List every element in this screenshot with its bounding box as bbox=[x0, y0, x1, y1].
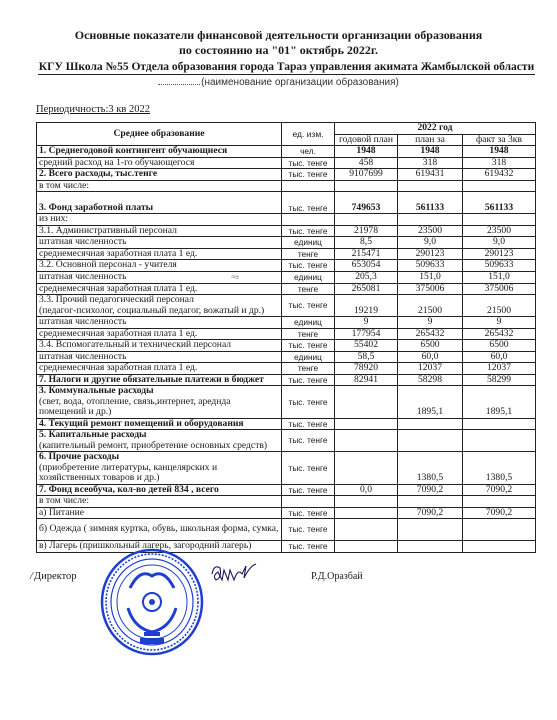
plan-for-value bbox=[398, 418, 463, 430]
header-label: Среднее образование bbox=[37, 123, 282, 146]
row-unit: тенге bbox=[282, 283, 335, 295]
row-unit: тыс. тенге bbox=[282, 541, 335, 553]
row-unit: тыс. тенге bbox=[282, 295, 335, 317]
fact-q3-value: 21500 bbox=[463, 295, 536, 317]
row-unit: чел. bbox=[282, 146, 335, 158]
plan-for-value: 6500 bbox=[398, 340, 463, 352]
fact-q3-value: 561133 bbox=[463, 192, 536, 214]
table-row: 6. Прочие расходы(приобретение литератур… bbox=[37, 452, 536, 485]
header-annual-plan: годовой план bbox=[335, 134, 398, 146]
periodicity: Периодичность:3 кв 2022 bbox=[36, 104, 150, 115]
plan-for-value: 290123 bbox=[398, 248, 463, 260]
row-unit: единиц bbox=[282, 271, 335, 283]
row-label: 4. Текущий ремонт помещений и оборудован… bbox=[37, 418, 282, 430]
plan-for-value: 509633 bbox=[398, 260, 463, 272]
annual-plan-value: 1948 bbox=[335, 146, 398, 158]
row-unit: тыс. тенге bbox=[282, 225, 335, 237]
row-unit: тыс. тенге bbox=[282, 340, 335, 352]
fact-q3-value bbox=[463, 541, 536, 553]
annual-plan-value: 749653 bbox=[335, 192, 398, 214]
table-row: 3.1. Административный персоналтыс. тенге… bbox=[37, 225, 536, 237]
plan-for-value: 9 bbox=[398, 317, 463, 329]
fact-q3-value: 6500 bbox=[463, 340, 536, 352]
plan-for-value: 58298 bbox=[398, 374, 463, 386]
organization-caption-text: (наименование организации образования) bbox=[201, 77, 399, 88]
fact-q3-value: 7090,2 bbox=[463, 484, 536, 496]
plan-for-value: 561133 bbox=[398, 192, 463, 214]
fact-q3-value: 23500 bbox=[463, 225, 536, 237]
row-label: 6. Прочие расходы(приобретение литератур… bbox=[37, 452, 282, 485]
document-title: Основные показатели финансовой деятельно… bbox=[0, 28, 557, 43]
fact-q3-value bbox=[463, 519, 536, 541]
table-row: штатная численностьединиц8,59,09,0 bbox=[37, 237, 536, 249]
annual-plan-value: 19219 bbox=[335, 295, 398, 317]
row-label: 3.3. Прочий педагогический персонал(педа… bbox=[37, 295, 282, 317]
annual-plan-value bbox=[335, 519, 398, 541]
row-label: штатная численность bbox=[37, 317, 282, 329]
table-row: 2. Всего расходы, тыс.тенгетыс. тенге910… bbox=[37, 169, 536, 181]
fact-q3-value: 1380,5 bbox=[463, 452, 536, 485]
row-unit: тыс. тенге bbox=[282, 374, 335, 386]
annual-plan-value bbox=[335, 386, 398, 419]
plan-for-value: 318 bbox=[398, 157, 463, 169]
row-label: штатная численность≈± bbox=[37, 271, 282, 283]
annual-plan-value: 265081 bbox=[335, 283, 398, 295]
header-year: 2022 год bbox=[335, 123, 536, 135]
row-label: 3.2. Основной персонал - учителя bbox=[37, 260, 282, 272]
table-row: штатная численностьединиц999 bbox=[37, 317, 536, 329]
annual-plan-value: 9 bbox=[335, 317, 398, 329]
signature-icon bbox=[208, 560, 260, 586]
row-label: в том числе: bbox=[37, 496, 282, 508]
row-label: 7. Налоги и другие обязательные платежи … bbox=[37, 374, 282, 386]
row-unit: тыс. тенге bbox=[282, 418, 335, 430]
plan-for-value: 1895,1 bbox=[398, 386, 463, 419]
annual-plan-value: 21978 bbox=[335, 225, 398, 237]
fact-q3-value bbox=[463, 496, 536, 508]
annual-plan-value bbox=[335, 180, 398, 192]
annual-plan-value: 205,3 bbox=[335, 271, 398, 283]
document-date: по состоянию на "01" октябрь 2022г. bbox=[0, 43, 557, 58]
fact-q3-value: 375006 bbox=[463, 283, 536, 295]
row-unit bbox=[282, 214, 335, 226]
slash-mark: / bbox=[30, 571, 33, 582]
plan-for-value: 7090,2 bbox=[398, 507, 463, 519]
table-row: среднемесячная заработная плата 1 ед.тен… bbox=[37, 248, 536, 260]
row-label: 5. Капитальные расходы(капительный ремон… bbox=[37, 430, 282, 452]
annual-plan-value: 0,0 bbox=[335, 484, 398, 496]
fact-q3-value: 318 bbox=[463, 157, 536, 169]
row-label: 2. Всего расходы, тыс.тенге bbox=[37, 169, 282, 181]
fact-q3-value bbox=[463, 418, 536, 430]
table-row: 4. Текущий ремонт помещений и оборудован… bbox=[37, 418, 536, 430]
row-label: 3. Коммунальные расходы(свет, вода, отоп… bbox=[37, 386, 282, 419]
annual-plan-value: 215471 bbox=[335, 248, 398, 260]
plan-for-value bbox=[398, 496, 463, 508]
row-unit: тыс. тенге bbox=[282, 507, 335, 519]
header-plan-for: план за bbox=[398, 134, 463, 146]
organization-name: КГУ Школа №55 Отдела образования города … bbox=[38, 61, 535, 75]
fact-q3-value bbox=[463, 430, 536, 452]
fact-q3-value: 290123 bbox=[463, 248, 536, 260]
annual-plan-value: 8,5 bbox=[335, 237, 398, 249]
header-fact-q3: факт за 3кв bbox=[463, 134, 536, 146]
director-name: Р.Д.Оразбай bbox=[311, 571, 363, 582]
table-row: б) Одежда ( зимняя куртка, обувь, школьн… bbox=[37, 519, 536, 541]
table-row: 3.2. Основной персонал - учителятыс. тен… bbox=[37, 260, 536, 272]
table-row: а) Питаниетыс. тенге7090,27090,2 bbox=[37, 507, 536, 519]
table-row: 5. Капитальные расходы(капительный ремон… bbox=[37, 430, 536, 452]
table-row: среднемесячная заработная плата 1 ед.тен… bbox=[37, 283, 536, 295]
row-label: штатная численность bbox=[37, 237, 282, 249]
fact-q3-value: 1948 bbox=[463, 146, 536, 158]
table-row: в том числе: bbox=[37, 496, 536, 508]
annual-plan-value: 653054 bbox=[335, 260, 398, 272]
row-unit: тыс. тенге bbox=[282, 452, 335, 485]
plan-for-value: 23500 bbox=[398, 225, 463, 237]
plan-for-value: 265432 bbox=[398, 328, 463, 340]
fact-q3-value bbox=[463, 214, 536, 226]
plan-for-value: 7090,2 bbox=[398, 484, 463, 496]
fact-q3-value: 12037 bbox=[463, 363, 536, 375]
row-label: а) Питание bbox=[37, 507, 282, 519]
annual-plan-value bbox=[335, 507, 398, 519]
annual-plan-value bbox=[335, 541, 398, 553]
fact-q3-value: 619432 bbox=[463, 169, 536, 181]
fact-q3-value: 9,0 bbox=[463, 237, 536, 249]
row-unit: тыс. тенге bbox=[282, 169, 335, 181]
director-title: Директор bbox=[34, 571, 77, 582]
table-row: 3. Фонд заработной платытыс. тенге749653… bbox=[37, 192, 536, 214]
row-unit: тыс. тенге bbox=[282, 157, 335, 169]
row-unit: тыс. тенге bbox=[282, 519, 335, 541]
fact-q3-value: 151,0 bbox=[463, 271, 536, 283]
plan-for-value: 1948 bbox=[398, 146, 463, 158]
row-unit: тенге bbox=[282, 363, 335, 375]
annual-plan-value: 78920 bbox=[335, 363, 398, 375]
row-label: в том числе: bbox=[37, 180, 282, 192]
annual-plan-value bbox=[335, 496, 398, 508]
row-label: среднемесячная заработная плата 1 ед. bbox=[37, 283, 282, 295]
annual-plan-value: 58,5 bbox=[335, 351, 398, 363]
table-row: 7. Налоги и другие обязательные платежи … bbox=[37, 374, 536, 386]
row-unit: единиц bbox=[282, 351, 335, 363]
fact-q3-value: 265432 bbox=[463, 328, 536, 340]
annual-plan-value: 55402 bbox=[335, 340, 398, 352]
plan-for-value: 1380,5 bbox=[398, 452, 463, 485]
annual-plan-value bbox=[335, 214, 398, 226]
annual-plan-value: 458 bbox=[335, 157, 398, 169]
fact-q3-value: 9 bbox=[463, 317, 536, 329]
row-unit: тыс. тенге bbox=[282, 484, 335, 496]
row-label: 3.4. Вспомогательный и технический персо… bbox=[37, 340, 282, 352]
official-stamp-icon bbox=[100, 548, 204, 656]
row-label: среднемесячная заработная плата 1 ед. bbox=[37, 248, 282, 260]
plan-for-value bbox=[398, 519, 463, 541]
fact-q3-value: 58299 bbox=[463, 374, 536, 386]
table-row: из них: bbox=[37, 214, 536, 226]
director-label: /Директор bbox=[30, 571, 77, 582]
table-row: 1. Среднегодовой контингент обучающиесяч… bbox=[37, 146, 536, 158]
annual-plan-value: 82941 bbox=[335, 374, 398, 386]
row-label: б) Одежда ( зимняя куртка, обувь, школьн… bbox=[37, 519, 282, 541]
handwritten-mark: ≈± bbox=[231, 272, 239, 283]
row-unit: тыс. тенге bbox=[282, 192, 335, 214]
table-row: среднемесячная заработная плата 1 ед.тен… bbox=[37, 363, 536, 375]
row-label: среднемесячная заработная плата 1 ед. bbox=[37, 328, 282, 340]
row-unit: единиц bbox=[282, 317, 335, 329]
table-row: 3. Коммунальные расходы(свет, вода, отоп… bbox=[37, 386, 536, 419]
row-unit: тыс. тенге bbox=[282, 260, 335, 272]
annual-plan-value: 9107699 bbox=[335, 169, 398, 181]
plan-for-value: 375006 bbox=[398, 283, 463, 295]
table-row: штатная численность≈±единиц205,3151,0151… bbox=[37, 271, 536, 283]
row-unit bbox=[282, 180, 335, 192]
table-row: в том числе: bbox=[37, 180, 536, 192]
row-label: среднемесячная заработная плата 1 ед. bbox=[37, 363, 282, 375]
row-unit: тыс. тенге bbox=[282, 430, 335, 452]
plan-for-value bbox=[398, 430, 463, 452]
row-unit bbox=[282, 496, 335, 508]
row-label: средний расход на 1-го обучающегося bbox=[37, 157, 282, 169]
fact-q3-value bbox=[463, 180, 536, 192]
plan-for-value bbox=[398, 214, 463, 226]
fact-q3-value: 509633 bbox=[463, 260, 536, 272]
scribble-mark bbox=[158, 79, 200, 85]
plan-for-value bbox=[398, 541, 463, 553]
row-label: 3.1. Административный персонал bbox=[37, 225, 282, 237]
annual-plan-value: 177954 bbox=[335, 328, 398, 340]
fact-q3-value: 60,0 bbox=[463, 351, 536, 363]
row-label: 3. Фонд заработной платы bbox=[37, 192, 282, 214]
fact-q3-value: 1895,1 bbox=[463, 386, 536, 419]
fact-q3-value: 7090,2 bbox=[463, 507, 536, 519]
row-label: 7. Фонд всеобуча, кол-во детей 834 , все… bbox=[37, 484, 282, 496]
annual-plan-value bbox=[335, 418, 398, 430]
plan-for-value: 12037 bbox=[398, 363, 463, 375]
plan-for-value bbox=[398, 180, 463, 192]
row-unit: тенге bbox=[282, 328, 335, 340]
row-unit: тыс. тенге bbox=[282, 386, 335, 419]
annual-plan-value bbox=[335, 430, 398, 452]
table-row: средний расход на 1-го обучающегосятыс. … bbox=[37, 157, 536, 169]
financial-table: Среднее образование ед. изм. 2022 год го… bbox=[36, 122, 536, 553]
organization-caption: (наименование организации образования) bbox=[0, 77, 557, 88]
plan-for-value: 60,0 bbox=[398, 351, 463, 363]
row-label: 1. Среднегодовой контингент обучающиеся bbox=[37, 146, 282, 158]
row-label: из них: bbox=[37, 214, 282, 226]
table-row: 7. Фонд всеобуча, кол-во детей 834 , все… bbox=[37, 484, 536, 496]
annual-plan-value bbox=[335, 452, 398, 485]
plan-for-value: 151,0 bbox=[398, 271, 463, 283]
header-unit: ед. изм. bbox=[282, 123, 335, 146]
plan-for-value: 619431 bbox=[398, 169, 463, 181]
row-unit: единиц bbox=[282, 237, 335, 249]
table-row: штатная численностьединиц58,560,060,0 bbox=[37, 351, 536, 363]
row-unit: тенге bbox=[282, 248, 335, 260]
table-row: среднемесячная заработная плата 1 ед.тен… bbox=[37, 328, 536, 340]
row-label: штатная численность bbox=[37, 351, 282, 363]
plan-for-value: 21500 bbox=[398, 295, 463, 317]
table-row: 3.4. Вспомогательный и технический персо… bbox=[37, 340, 536, 352]
plan-for-value: 9,0 bbox=[398, 237, 463, 249]
table-row: 3.3. Прочий педагогический персонал(педа… bbox=[37, 295, 536, 317]
